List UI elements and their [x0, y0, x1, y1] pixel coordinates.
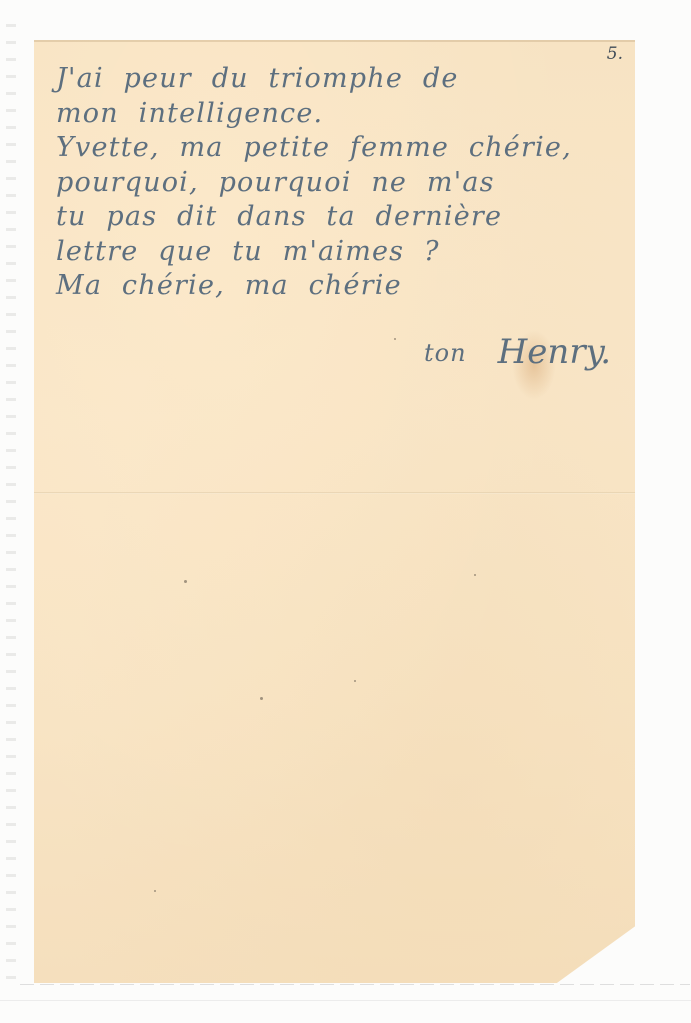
- paper-top-edge: [34, 40, 635, 42]
- fold-line: [34, 492, 635, 494]
- paper-speck: [184, 580, 187, 583]
- paper-speck: [154, 890, 156, 892]
- letter-line: Ma chérie, ma chérie: [56, 269, 616, 304]
- signature: ton Henry.: [424, 330, 611, 370]
- scanned-document: 5. J'ai peur du triomphe de mon intellig…: [0, 0, 691, 1023]
- letter-line: lettre que tu m'aimes ?: [56, 235, 616, 270]
- signature-name: Henry.: [498, 332, 611, 372]
- letter-line: mon intelligence.: [56, 97, 616, 132]
- letter-line: pourquoi, pourquoi ne m'as: [56, 166, 616, 201]
- sleeve-perforation: [6, 10, 16, 990]
- letter-line: Yvette, ma petite femme chérie,: [56, 131, 616, 166]
- letter-line: tu pas dit dans ta dernière: [56, 200, 616, 235]
- sleeve-edge-lower: [0, 1000, 691, 1001]
- letter-paper: 5. J'ai peur du triomphe de mon intellig…: [34, 40, 635, 983]
- letter-line: J'ai peur du triomphe de: [56, 62, 616, 97]
- paper-speck: [474, 574, 476, 576]
- signature-closing: ton: [424, 339, 467, 367]
- paper-speck: [260, 697, 263, 700]
- page-number: 5.: [607, 44, 623, 64]
- paper-speck: [354, 680, 356, 682]
- letter-body: J'ai peur du triomphe de mon intelligenc…: [56, 62, 616, 304]
- sleeve-edge: [20, 984, 690, 985]
- paper-speck: [394, 338, 396, 340]
